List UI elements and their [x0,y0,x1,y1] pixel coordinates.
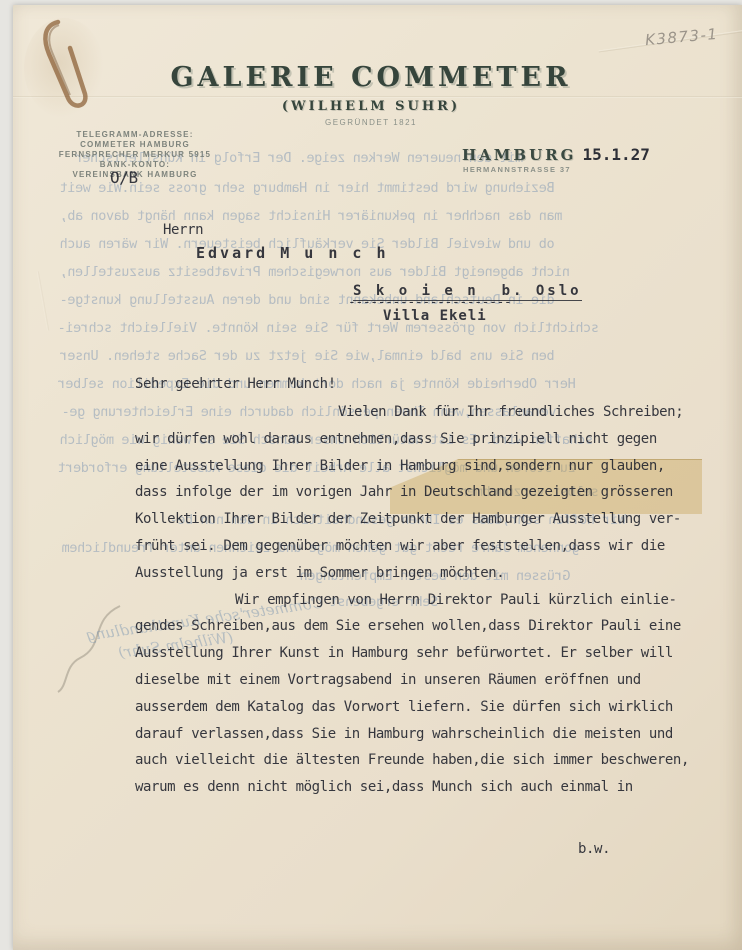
letterhead-contact-line: TELEGRAMM-ADRESSE: [56,130,214,140]
letterhead-contact-line: FERNSPRECHER MERKUR 5915 [56,150,214,160]
letter-body-line: eine Ausstellung Ihrer Bilder in Hamburg… [135,458,665,474]
letter-body-line: auch vielleicht die ältesten Freunde hab… [135,752,689,768]
letter-body-line: gendes Schreiben,aus dem Sie ersehen wol… [135,618,681,634]
bleedthrough-line: schichtlich von grösserem Wert für Sie s… [58,320,599,336]
letter-body-line: Vielen Dank für Ihr freundliches Schreib… [338,404,683,420]
letter-body-line: Ausstellung ja erst im Sommer bringen mö… [135,565,504,581]
recipient-name: Edvard M u n c h [196,244,389,262]
letterhead-founded-line: GEGRÜNDET 1821 [0,118,742,127]
letter-scan: mit den neueren Werken zeige. Der Erfolg… [0,0,742,950]
letter-body-line: ausserdem dem Katalog das Vorwort liefer… [135,699,673,715]
letterhead-street: HERMANNSTRASSE 37 [463,165,571,174]
letter-body-line: wir dürfen wohl daraus entnehmen,dass Si… [135,431,657,447]
city-label: Hamburg [462,146,576,164]
letterhead-owner-name: (Wilhelm Suhr) [0,99,742,114]
letter-body-line: Kollektion Ihrer Bilder der Zeitpunkt de… [135,511,681,527]
letter-body-line: darauf verlassen,dass Sie in Hamburg wah… [135,726,673,742]
bleedthrough-line: nicht abgeneigt Bilder aus norwegischem … [60,264,570,280]
reference-initials: O/B [110,168,138,187]
letter-body-line: Wir empfingen von Herrn Direktor Pauli k… [235,592,677,608]
recipient-salutation: Herrn [163,222,203,238]
date-value: 15.1.27 [582,145,649,164]
letterhead-gallery-name: Galerie Commeter [0,62,742,93]
letter-body-line: dieselbe mit einem Vortragsabend in unse… [135,672,641,688]
letter-body-line: warum es denn nicht möglich sei,dass Mun… [135,779,633,795]
recipient-villa: Villa Ekeli [383,308,487,324]
bleedthrough-line: man das nachher in pekuniärer Hinsicht s… [60,208,562,224]
letter-greeting: Sehr geehrter Herr Munch! [135,376,336,392]
city-date-line: Hamburg15.1.27 [462,145,650,165]
bleedthrough-line: ben Sie uns bald einmal,wie Sie jetzt zu… [60,348,555,364]
letter-body-line: Ausstellung Ihrer Kunst in Hamburg sehr … [135,645,673,661]
letter-body-line: dass infolge der im vorigen Jahr in Deut… [135,484,673,500]
letter-closing-bw: b.w. [578,841,610,857]
letter-body-line: früht sei. Dem gegenüber möchten wir abe… [135,538,665,554]
letterhead-contact-line: COMMETER HAMBURG [56,140,214,150]
